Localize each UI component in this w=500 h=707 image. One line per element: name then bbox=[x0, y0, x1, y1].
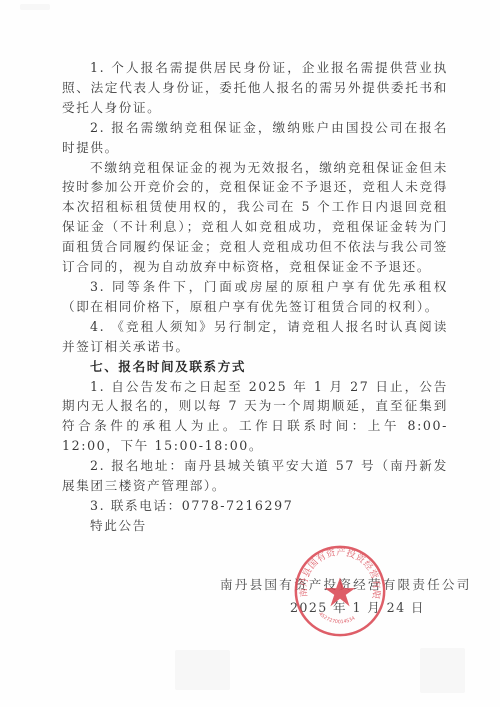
document-body: 1. 个人报名需提供居民身份证，企业报名需提供营业执照、法定代表人身份证，委托他… bbox=[62, 58, 448, 536]
paragraph-id-requirements: 1. 个人报名需提供居民身份证，企业报名需提供营业执照、法定代表人身份证，委托他… bbox=[62, 58, 448, 118]
seal-number: 4527270014534 bbox=[317, 611, 356, 625]
paragraph-registration-address: 2. 报名地址：南丹县城关镇平安大道 57 号（南丹新发展集团三楼资产管理部）。 bbox=[62, 456, 448, 496]
scan-artifact bbox=[175, 650, 230, 690]
official-seal-icon: 南丹县国有资产投资经营有限责任公司 4527270014534 bbox=[292, 543, 388, 639]
scan-artifact bbox=[20, 4, 50, 10]
paragraph-notice: 4. 《竞租人须知》另行制定，请竞租人报名时认真阅读并签订相关承诺书。 bbox=[62, 317, 448, 357]
paragraph-registration-time: 1. 自公告发布之日起至 2025 年 1 月 27 日止，公告期内无人报名的，… bbox=[62, 377, 448, 457]
section-heading: 七、报名时间及联系方式 bbox=[62, 357, 448, 377]
scan-artifact bbox=[420, 648, 465, 693]
svg-text:4527270014534: 4527270014534 bbox=[317, 611, 356, 625]
closing-text: 特此公告 bbox=[62, 516, 448, 536]
paragraph-deposit: 2. 报名需缴纳竞租保证金，缴纳账户由国投公司在报名时提供。 bbox=[62, 118, 448, 158]
paragraph-deposit-rules: 不缴纳竞租保证金的视为无效报名，缴纳竞租保证金但未按时参加公开竞价会的，竞租保证… bbox=[62, 158, 448, 277]
paragraph-contact-phone: 3. 联系电话：0778-7216297 bbox=[62, 496, 448, 516]
paragraph-priority: 3. 同等条件下，门面或房屋的原租户享有优先承租权（即在相同价格下，原租户享有优… bbox=[62, 277, 448, 317]
document-page: 1. 个人报名需提供居民身份证，企业报名需提供营业执照、法定代表人身份证，委托他… bbox=[0, 0, 500, 707]
